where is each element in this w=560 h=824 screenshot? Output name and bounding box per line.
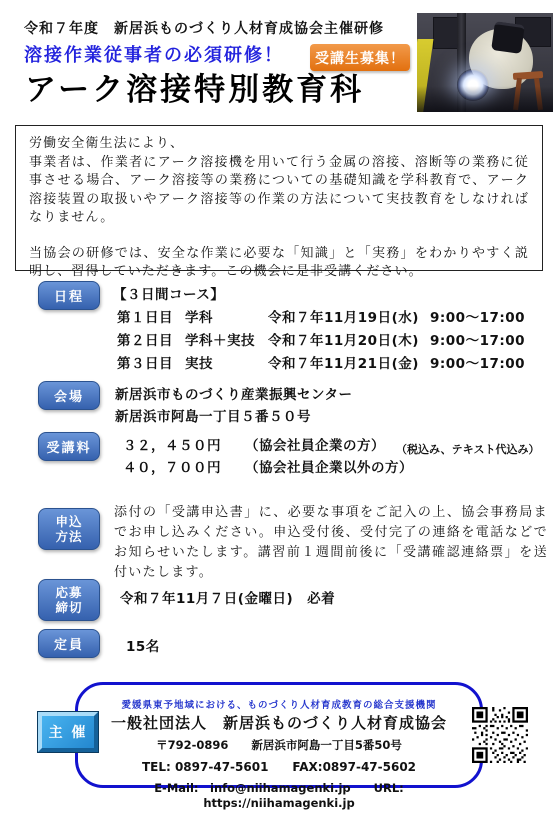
- host-badge: 主 催: [38, 712, 98, 752]
- apply-badge-line2: 方法: [55, 529, 82, 544]
- schedule-time: 9:00～17:00: [430, 306, 525, 326]
- schedule-badge: 日程: [38, 281, 100, 310]
- schedule-day: 第２日目: [117, 329, 185, 349]
- course-header: 【３日間コース】: [113, 283, 224, 303]
- schedule-day: 第３日目: [117, 352, 185, 372]
- fee-price: ４０，７００円: [123, 456, 245, 476]
- venue-name: 新居浜市ものづくり産業振興センター: [115, 383, 352, 403]
- fee-price: ３２，４５０円: [123, 434, 245, 454]
- deadline-text: 令和７年11月７日(金曜日) 必着: [120, 587, 335, 607]
- apply-text: 添付の「受講申込書」に、必要な事項をご記入の上、協会事務局までお申し込みください…: [114, 503, 548, 583]
- venue-badge: 会場: [38, 381, 100, 410]
- top-note: 令和７年度 新居浜ものづくり人材育成協会主催研修: [24, 18, 384, 38]
- footer-address: 〒792-0896 新居浜市阿島一丁目5番50号: [78, 737, 480, 753]
- schedule-date: 令和７年11月19日(水): [268, 306, 430, 326]
- schedule-row: 第２日目 学科＋実技 令和７年11月20日(木) 9:00～17:00: [117, 329, 525, 349]
- fee-row: ４０，７００円 （協会社員企業以外の方）: [123, 456, 413, 476]
- flyer-page: 令和７年度 新居浜ものづくり人材育成協会主催研修 溶接作業従事者の必須研修！ 受…: [0, 0, 560, 824]
- intro-para2: 当協会の研修では、安全な作業に必要な「知識」と「実務」をわかりやすく説明し、習得…: [29, 245, 529, 282]
- fee-badge: 受講料: [38, 432, 100, 461]
- fee-note: （税込み、テキスト代込み）: [396, 441, 539, 457]
- qr-code: [472, 707, 528, 763]
- page-title: アーク溶接特別教育科: [25, 64, 364, 109]
- schedule-subject: 学科＋実技: [185, 329, 268, 349]
- schedule-row: 第３日目 実技 令和７年11月21日(金) 9:00～17:00: [117, 352, 525, 372]
- capacity-badge: 定員: [38, 629, 100, 658]
- intro-para1: 事業者は、作業者にアーク溶接機を用いて行う金属の溶接、溶断等の業務に従事させる場…: [29, 154, 529, 228]
- footer-tagline: 愛媛県東予地域における、ものづくり人材育成教育の総合支援機関: [78, 697, 480, 711]
- footer-tel-fax: TEL: 0897-47-5601 FAX:0897-47-5602: [78, 758, 480, 775]
- deadline-badge-line1: 応募: [55, 585, 82, 600]
- footer-box: 愛媛県東予地域における、ものづくり人材育成教育の総合支援機関 一般社団法人 新居…: [75, 682, 483, 788]
- fee-target: （協会社員企業以外の方）: [245, 456, 413, 476]
- schedule-date: 令和７年11月20日(木): [268, 329, 430, 349]
- schedule-subject: 実技: [185, 352, 268, 372]
- schedule-subject: 学科: [185, 306, 268, 326]
- footer-email-url: E-Mail: info@niihamagenki.jp URL: https:…: [78, 780, 480, 810]
- footer-org-name: 一般社団法人 新居浜ものづくり人材育成協会: [78, 712, 480, 733]
- schedule-time: 9:00～17:00: [430, 329, 525, 349]
- welding-helmet-icon: [491, 21, 525, 54]
- apply-badge-line1: 申込: [55, 514, 82, 529]
- schedule-day: 第１日目: [117, 306, 185, 326]
- deadline-badge-line2: 締切: [55, 600, 82, 615]
- venue-address: 新居浜市阿島一丁目５番５０号: [115, 405, 311, 425]
- floor-shadow: [417, 86, 553, 112]
- schedule-time: 9:00～17:00: [430, 352, 525, 372]
- welding-photo: [417, 13, 553, 112]
- fee-row: ３２，４５０円 （協会社員企業の方）: [123, 434, 385, 454]
- fee-target: （協会社員企業の方）: [245, 434, 385, 454]
- intro-line1: 労働安全衛生法により、: [29, 135, 529, 154]
- capacity-text: 15名: [126, 635, 160, 655]
- schedule-row: 第１日目 学科 令和７年11月19日(水) 9:00～17:00: [117, 306, 525, 326]
- intro-box: 労働安全衛生法により、 事業者は、作業者にアーク溶接機を用いて行う金属の溶接、溶…: [15, 125, 543, 271]
- schedule-date: 令和７年11月21日(金): [268, 352, 430, 372]
- deadline-badge: 応募 締切: [38, 579, 100, 621]
- apply-badge: 申込 方法: [38, 508, 100, 550]
